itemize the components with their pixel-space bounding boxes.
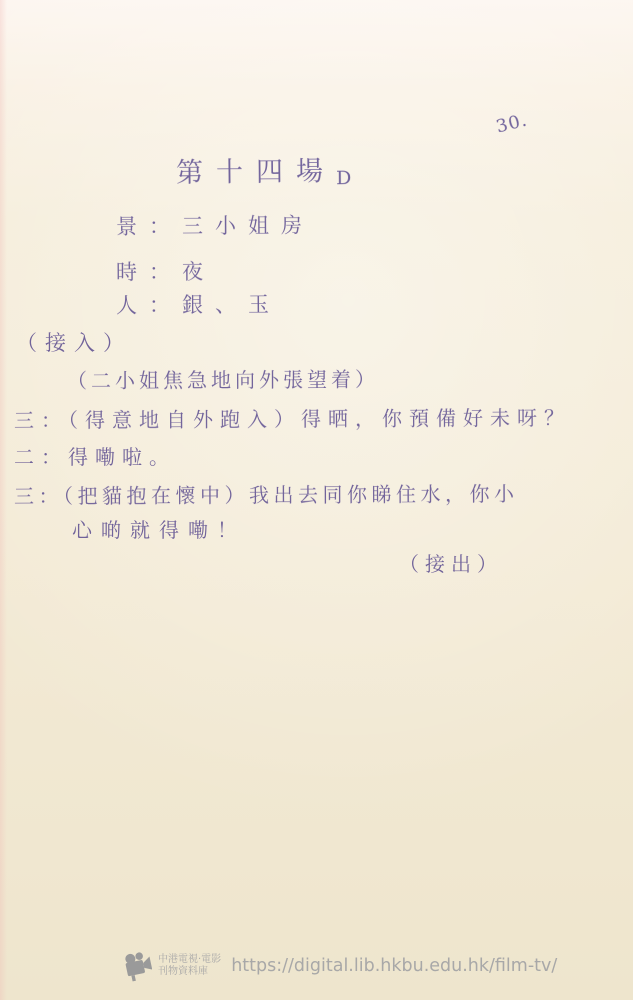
watermark-org-line1: 中港電視·電影 [158,954,221,967]
film-camera-icon [122,946,152,986]
meta-scene-label: 景 [116,214,149,238]
watermark-org-name: 中港電視·電影 刊物資料庫 [158,954,221,979]
library-watermark: 中港電視·電影 刊物資料庫 https://digital.lib.hkbu.e… [122,946,557,986]
stage-direction: （二小姐焦急地向外張望着） [67,363,379,394]
meta-time-label: 時 [116,260,149,284]
meta-time-colon: ： [149,260,182,284]
dialogue-line: 三：（把貓抱在懷中）我出去同你睇住水，你小 [14,478,519,510]
cue-out: （接出） [399,548,503,577]
watermark-url: https://digital.lib.hkbu.edu.hk/film-tv/ [231,956,557,976]
meta-scene-value: 三小姐房 [182,213,314,238]
meta-scene-colon: ： [149,214,182,238]
meta-time-value: 夜 [182,260,215,284]
page-number: 30. [494,109,530,137]
scene-title: 第十四場D [176,149,352,191]
dialogue-line: 二：得嘞啦。 [14,441,176,470]
meta-cast-value: 銀、玉 [182,292,281,317]
scene-title-suffix: D [336,167,351,189]
meta-cast-line: 人：銀、玉 [116,288,281,319]
meta-time-line: 時：夜 [116,256,215,287]
meta-cast-label: 人 [116,293,149,317]
dialogue-line: 三：（得意地自外跑入）得晒，你預備好未呀？ [14,402,571,434]
meta-scene-line: 景：三小姐房 [116,209,314,240]
scene-title-text: 第十四場 [176,156,336,189]
dialogue-line-continuation: 心啲就得嘞！ [72,514,246,543]
meta-cast-colon: ： [149,293,182,317]
watermark-org-line2: 刊物資料庫 [158,966,221,979]
cue-in: （接入） [16,327,132,357]
script-page: 30. 第十四場D 景：三小姐房 時：夜 人：銀、玉 （接入） （二小姐焦急地向… [0,0,633,1000]
